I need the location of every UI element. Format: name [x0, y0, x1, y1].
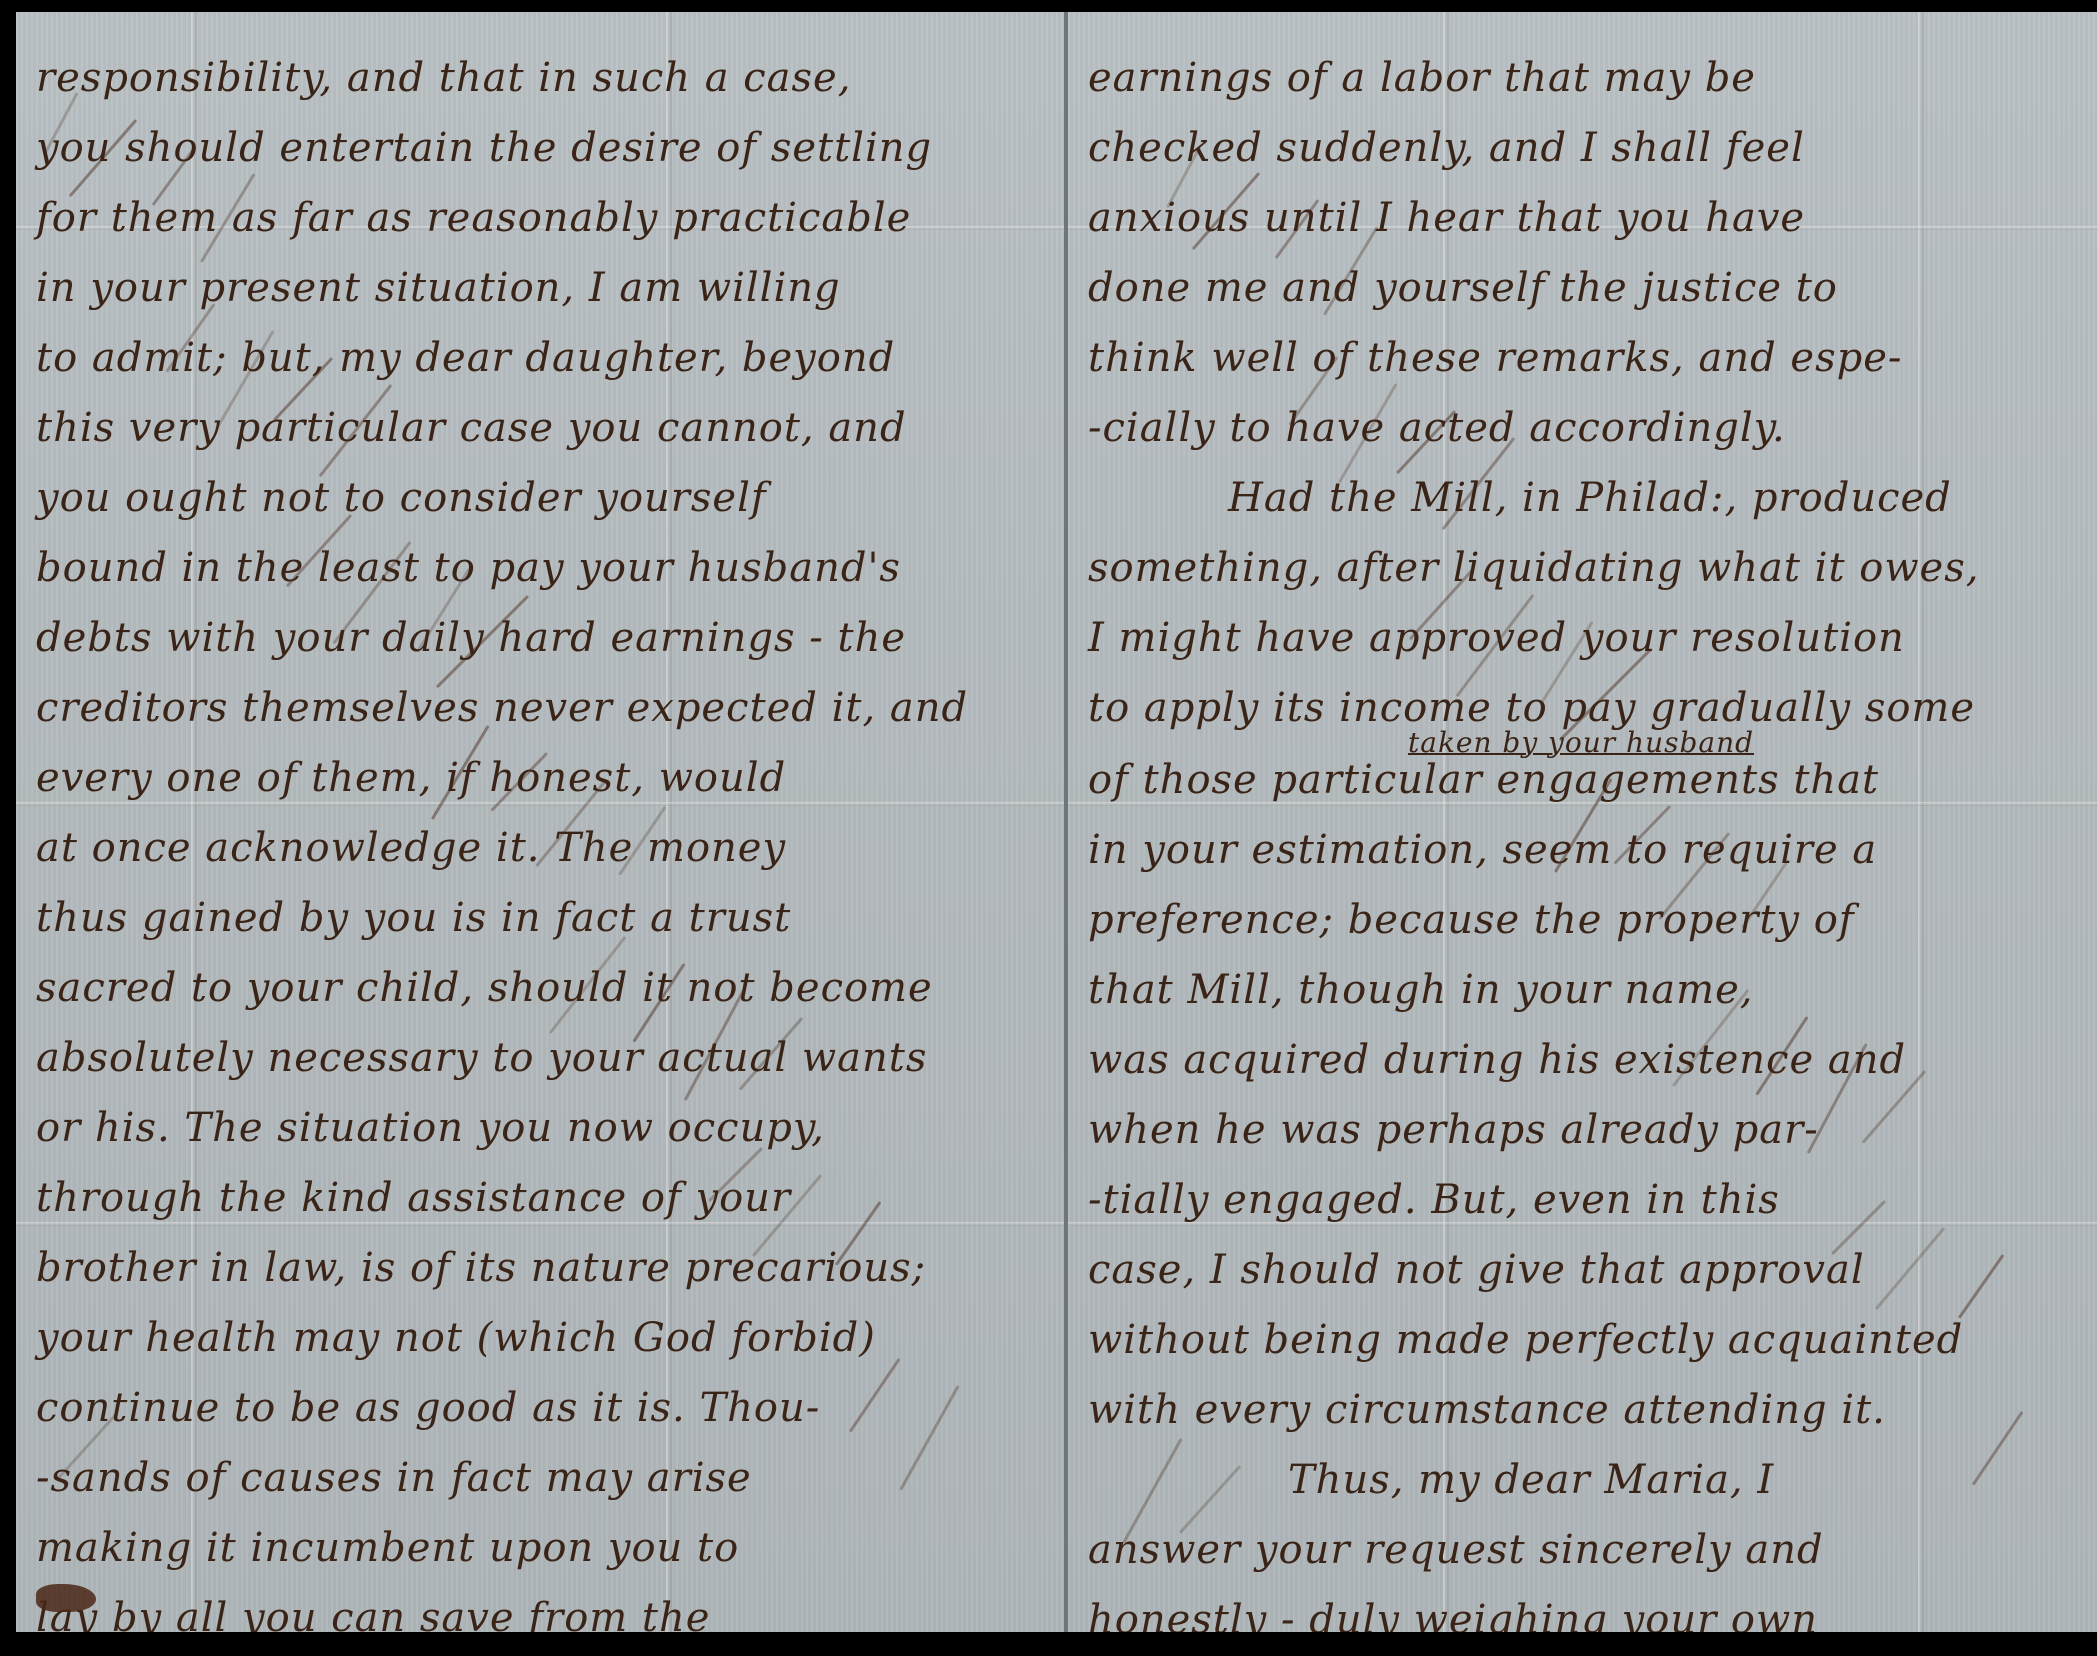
text-line: -sands of causes in fact may arise — [36, 1452, 1054, 1504]
text-line: lay by all you can save from the — [36, 1592, 1054, 1632]
text-line: thus gained by you is in fact a trust — [36, 892, 1054, 944]
text-line: sacred to your child, should it not beco… — [36, 962, 1054, 1014]
text-line: -tially engaged. But, even in this — [1088, 1174, 2087, 1226]
text-line: creditors themselves never expected it, … — [36, 682, 1054, 734]
text-line: when he was perhaps already par- — [1088, 1104, 2087, 1156]
text-line: your health may not (which God forbid) — [36, 1312, 1054, 1364]
left-page-text: responsibility, and that in such a case,… — [36, 52, 1054, 1632]
text-line: continue to be as good as it is. Thou- — [36, 1382, 1054, 1434]
left-page: responsibility, and that in such a case,… — [16, 12, 1064, 1632]
text-line: at once acknowledge it. The money — [36, 822, 1054, 874]
text-line: something, after liquidating what it owe… — [1088, 542, 2087, 594]
text-line: in your present situation, I am willing — [36, 262, 1054, 314]
text-line: that Mill, though in your name, — [1088, 964, 2087, 1016]
text-line: you ought not to consider yourself — [36, 472, 1054, 524]
text-line: making it incumbent upon you to — [36, 1522, 1054, 1574]
text-line: bound in the least to pay your husband's — [36, 542, 1054, 594]
text-line: I might have approved your resolution — [1088, 612, 2087, 664]
text-line: anxious until I hear that you have — [1088, 192, 2087, 244]
text-line: responsibility, and that in such a case, — [36, 52, 1054, 104]
text-line: earnings of a labor that may be — [1088, 52, 2087, 104]
text-line: absolutely necessary to your actual want… — [36, 1032, 1054, 1084]
letter-scan: responsibility, and that in such a case,… — [16, 12, 2097, 1632]
text-line: of those particular engagements that — [1088, 754, 2087, 806]
text-line: think well of these remarks, and espe- — [1088, 332, 2087, 384]
text-line: honestly - duly weighing your own — [1088, 1594, 2087, 1632]
text-line: through the kind assistance of your — [36, 1172, 1054, 1224]
text-line: answer your request sincerely and — [1088, 1524, 2087, 1576]
text-line: with every circumstance attending it. — [1088, 1384, 2087, 1436]
text-line: Thus, my dear Maria, I — [1088, 1454, 2087, 1506]
text-line: without being made perfectly acquainted — [1088, 1314, 2087, 1366]
text-line: Had the Mill, in Philad:, produced — [1088, 472, 2087, 524]
text-line: you should entertain the desire of settl… — [36, 122, 1054, 174]
ink-blot — [36, 1584, 96, 1612]
text-line: preference; because the property of — [1088, 894, 2087, 946]
right-page: earnings of a labor that may be checked … — [1068, 12, 2097, 1632]
text-line: done me and yourself the justice to — [1088, 262, 2087, 314]
right-page-text: earnings of a labor that may be checked … — [1088, 52, 2087, 1632]
text-line: for them as far as reasonably practicabl… — [36, 192, 1054, 244]
text-line: debts with your daily hard earnings - th… — [36, 612, 1054, 664]
text-line: checked suddenly, and I shall feel — [1088, 122, 2087, 174]
text-line: in your estimation, seem to require a — [1088, 824, 2087, 876]
text-line: case, I should not give that approval — [1088, 1244, 2087, 1296]
text-line: -cially to have acted accordingly. — [1088, 402, 2087, 454]
text-line: was acquired during his existence and — [1088, 1034, 2087, 1086]
text-line: or his. The situation you now occupy, — [36, 1102, 1054, 1154]
text-line: brother in law, is of its nature precari… — [36, 1242, 1054, 1294]
text-line: this very particular case you cannot, an… — [36, 402, 1054, 454]
text-line: every one of them, if honest, would — [36, 752, 1054, 804]
